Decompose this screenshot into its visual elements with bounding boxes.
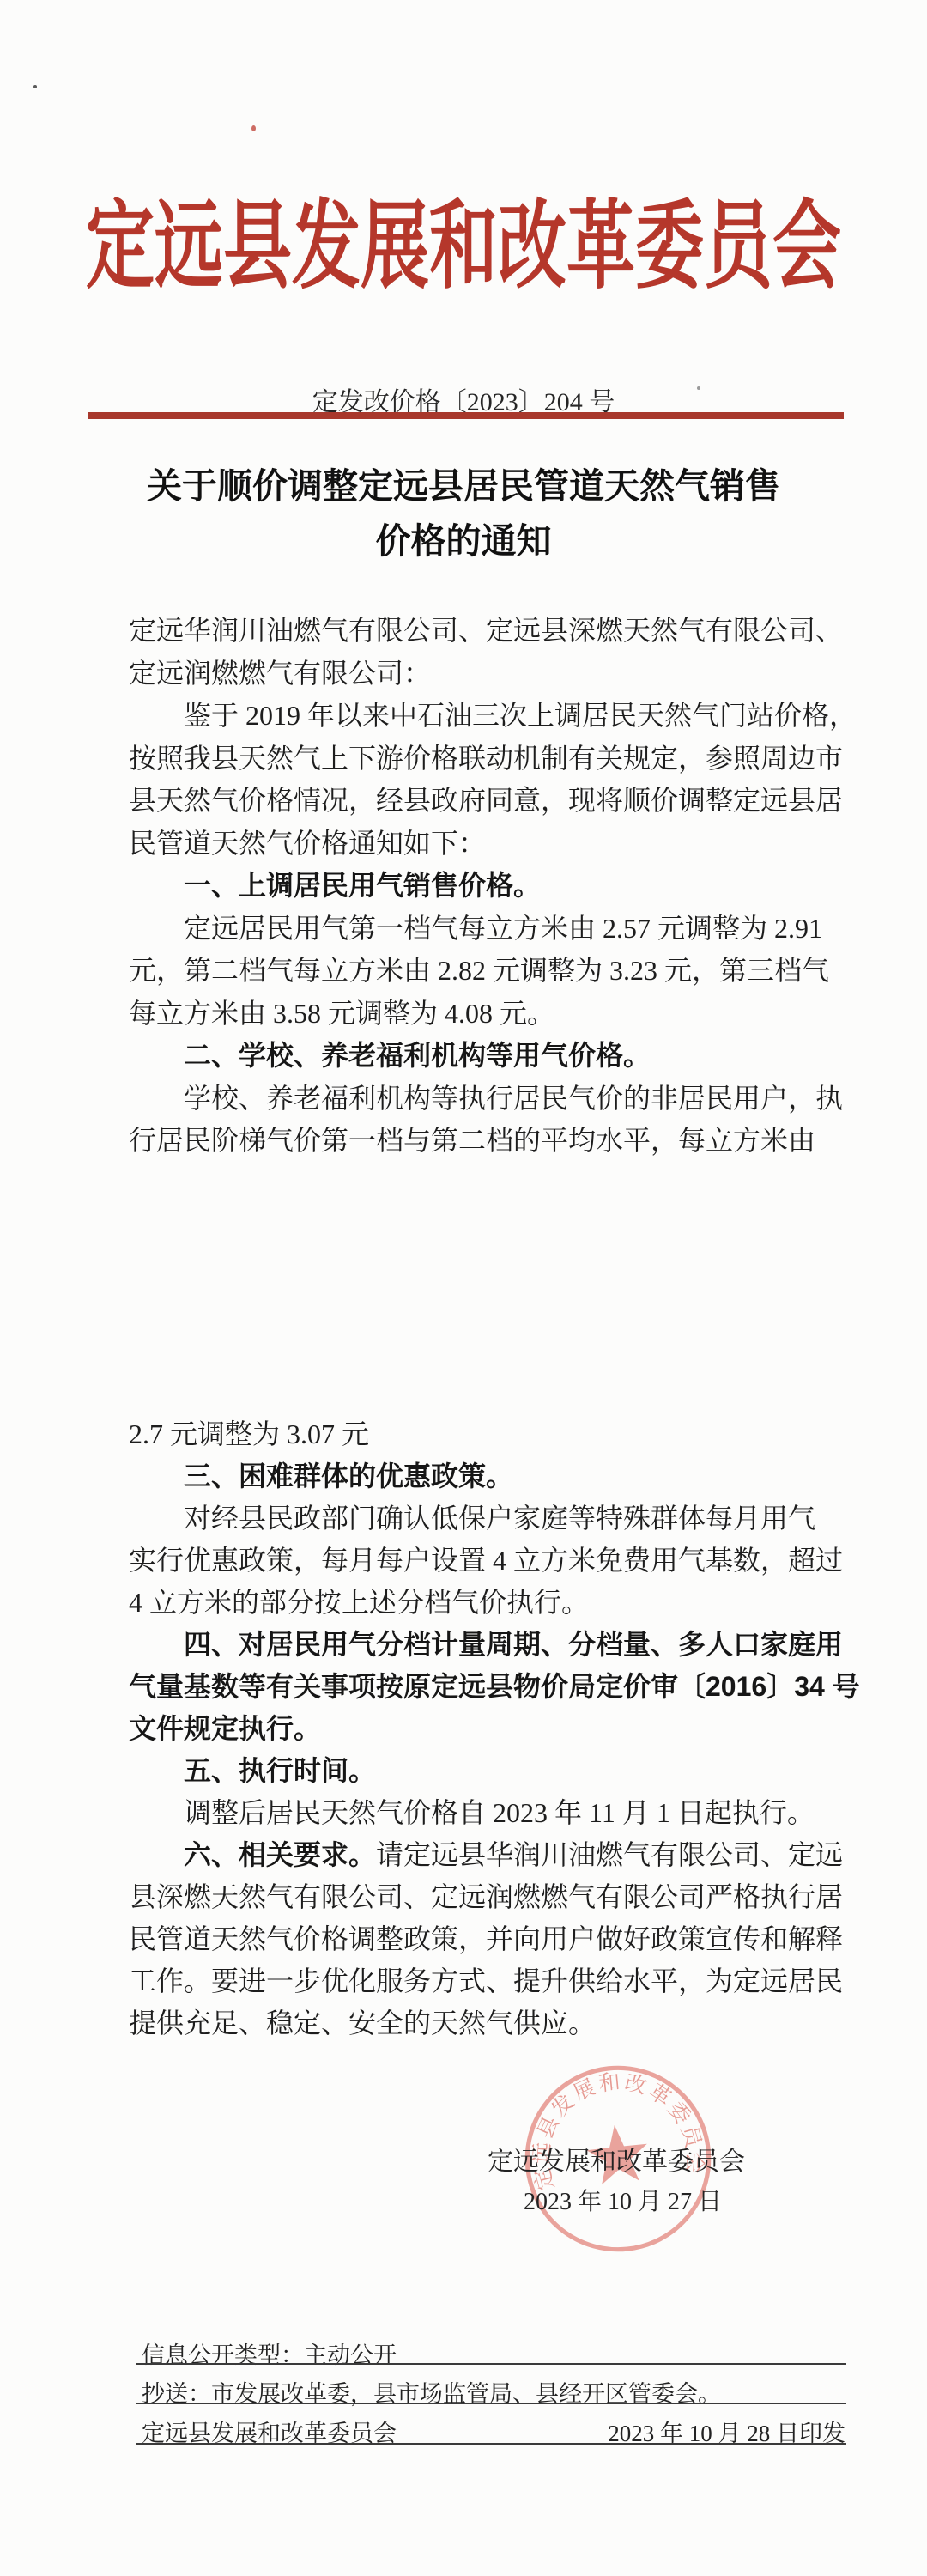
footer-rule-3	[136, 2443, 846, 2445]
body-line: 2.7 元调整为 3.07 元	[129, 1413, 851, 1455]
body-line: 一、上调居民用气销售价格。	[129, 865, 851, 908]
body-line: 工作。要进一步优化服务方式、提升供给水平，为定远居民	[129, 1960, 851, 2002]
body-line: 提供充足、稳定、安全的天然气供应。	[129, 2002, 851, 2044]
body-line: 气量基数等有关事项按原定远县物价局定价审〔2016〕34 号	[129, 1666, 851, 1708]
footer-rule-2	[136, 2403, 846, 2404]
body-line: 县深燃天然气有限公司、定远润燃燃气有限公司严格执行居	[129, 1876, 851, 1918]
body-line: 鉴于 2019 年以来中石油三次上调居民天然气门站价格，	[129, 695, 851, 738]
body-block-page2: 2.7 元调整为 3.07 元三、困难群体的优惠政策。对经县民政部门确认低保户家…	[129, 1413, 851, 2044]
body-line: 4 立方米的部分按上述分档气价执行。	[129, 1582, 851, 1624]
body-line: 行居民阶梯气价第一档与第二档的平均水平，每立方米由	[129, 1120, 851, 1163]
body-line: 定远润燃燃气有限公司：	[129, 653, 851, 696]
body-line: 五、执行时间。	[129, 1750, 851, 1792]
body-line: 对经县民政部门确认低保户家庭等特殊群体每月用气	[129, 1498, 851, 1540]
body-line: 六、相关要求。请定远县华润川油燃气有限公司、定远	[129, 1834, 851, 1876]
document-title-line2: 价格的通知	[0, 513, 927, 568]
body-line: 定远居民用气第一档气每立方米由 2.57 元调整为 2.91	[129, 908, 851, 951]
body-line: 文件规定执行。	[129, 1708, 851, 1750]
red-divider-line	[88, 412, 844, 419]
signature-organization: 定远发展和改革委员会	[488, 2140, 745, 2178]
document-title: 关于顺价调整定远县居民管道天然气销售 价格的通知	[0, 459, 927, 568]
body-line: 县天然气价格情况，经县政府同意，现将顺价调整定远县居	[129, 780, 851, 823]
body-line: 定远华润川油燃气有限公司、定远县深燃天然气有限公司、	[129, 610, 851, 653]
body-block-page1: 定远华润川油燃气有限公司、定远县深燃天然气有限公司、定远润燃燃气有限公司：鉴于 …	[129, 610, 851, 1163]
agency-header-title: 定远县发展和改革委员会	[0, 168, 927, 307]
signature-date: 2023 年 10 月 27 日	[524, 2183, 722, 2217]
document-title-line1: 关于顺价调整定远县居民管道天然气销售	[0, 459, 927, 513]
body-line: 每立方米由 3.58 元调整为 4.08 元。	[129, 993, 851, 1036]
footer-rule-1	[136, 2363, 846, 2365]
body-line: 三、困难群体的优惠政策。	[129, 1455, 851, 1498]
body-line: 民管道天然气价格通知如下：	[129, 823, 851, 866]
body-line: 按照我县天然气上下游价格联动机制有关规定，参照周边市	[129, 738, 851, 781]
scan-speck	[251, 125, 256, 131]
body-line: 民管道天然气价格调整政策，并向用户做好政策宣传和解释	[129, 1918, 851, 1960]
body-line: 调整后居民天然气价格自 2023 年 11 月 1 日起执行。	[129, 1792, 851, 1834]
footer-info-type: 信息公开类型：主动公开	[142, 2336, 397, 2370]
body-line: 实行优惠政策，每月每户设置 4 立方米免费用气基数，超过	[129, 1540, 851, 1582]
body-line: 学校、养老福利机构等执行居民气价的非居民用户，执	[129, 1078, 851, 1121]
body-line: 四、对居民用气分档计量周期、分档量、多人口家庭用	[129, 1624, 851, 1666]
body-line: 元，第二档气每立方米由 2.82 元调整为 3.23 元，第三档气	[129, 950, 851, 993]
body-line: 二、学校、养老福利机构等用气价格。	[129, 1035, 851, 1078]
scan-speck	[33, 85, 37, 88]
